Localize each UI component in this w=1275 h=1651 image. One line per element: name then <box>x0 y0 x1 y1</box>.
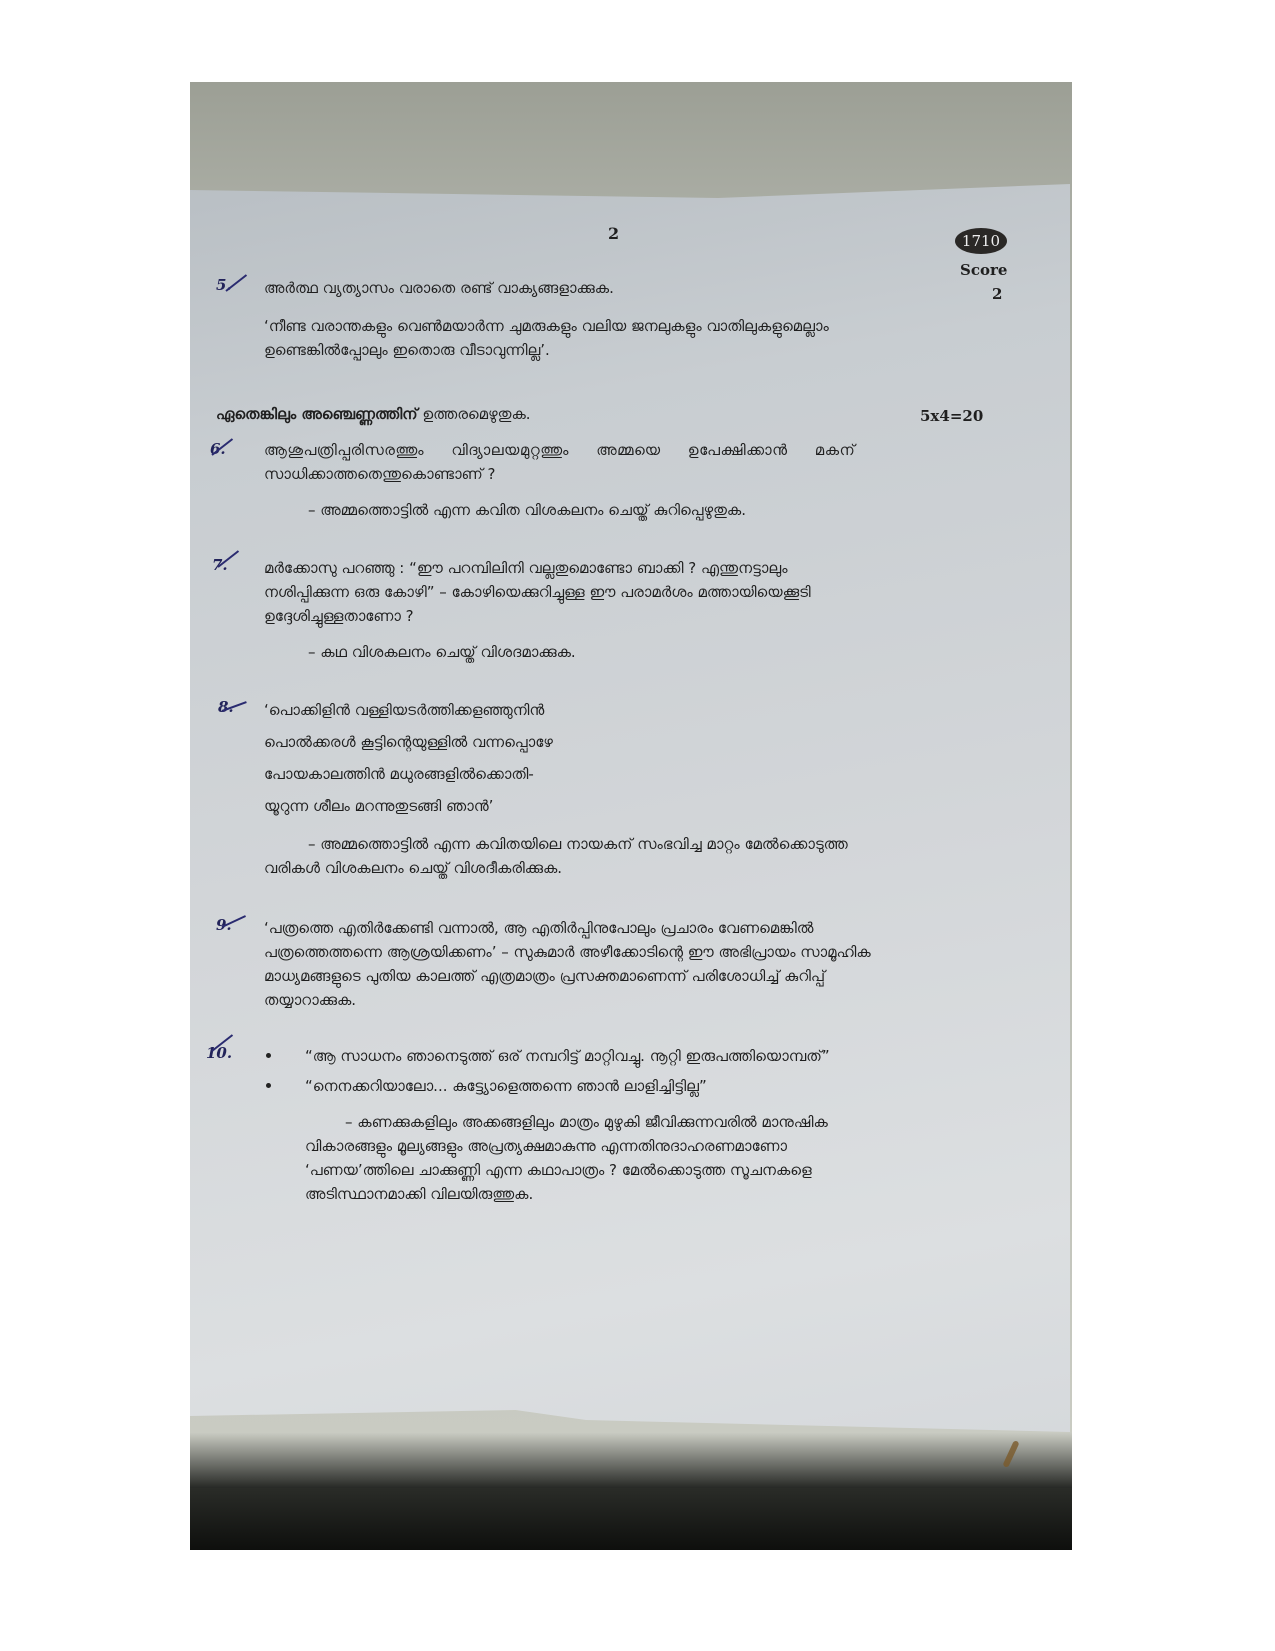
q10-quote-1: “ആ സാധനം ഞാനെടുത്ത് ഒര് നമ്പറിട്ട് മാറ്റ… <box>305 1046 830 1066</box>
bullet-icon <box>266 1083 271 1088</box>
q7-line-2: നശിപ്പിക്കുന്ന ഒരു കോഴി” – കോഴിയെക്കുറിച… <box>264 582 811 602</box>
q10-task-line-4: അടിസ്ഥാനമാക്കി വിലയിരുത്തുക. <box>305 1184 533 1204</box>
page-number: 2 <box>608 224 619 244</box>
q6-task: – അമ്മത്തൊട്ടിൽ എന്ന കവിത വിശകലനം ചെയ്ത്… <box>308 500 746 520</box>
q5-quote-line-1: ‘നീണ്ട വരാന്തകളും വെൺമയാർന്ന ചുമരുകളും വ… <box>264 316 829 336</box>
q7-task: – കഥ വിശകലനം ചെയ്ത് വിശദമാക്കുക. <box>308 642 576 662</box>
q8-poem-line-1: ‘പൊക്കിളിൻ വള്ളിയടർത്തിക്കളഞ്ഞുനിൻ <box>264 700 544 720</box>
question-number-5: 5. <box>216 276 232 294</box>
desk-edge <box>190 1488 1072 1550</box>
q7-line-1: മർക്കോസു പറഞ്ഞു : “ഈ പറമ്പിലിനി വല്ലതുമൊ… <box>264 558 788 578</box>
photographed-document <box>190 82 1072 1550</box>
q9-line-2: പത്രത്തെത്തന്നെ ആശ്രയിക്കണം’ – സുകുമാർ അ… <box>264 942 871 962</box>
q8-poem-line-4: യൂറുന്ന ശീലം മറന്നുതുടങ്ങി ഞാൻ’ <box>264 796 493 816</box>
q8-task-line-1: – അമ്മത്തൊട്ടിൽ എന്ന കവിതയിലെ നായകന് സംഭ… <box>308 834 848 854</box>
q8-poem-line-3: പോയകാലത്തിൻ മധുരങ്ങളിൽക്കൊതി- <box>264 764 534 784</box>
q7-line-3: ഉദ്ദേശിച്ചുള്ളതാണോ ? <box>264 606 414 626</box>
section-heading-bold: ഏതെങ്കിലും അഞ്ചെണ്ണത്തിന് <box>216 405 418 423</box>
section-heading: ഏതെങ്കിലും അഞ്ചെണ്ണത്തിന് ഉത്തരമെഴുതുക. <box>216 404 531 424</box>
q9-line-3: മാധ്യമങ്ങളുടെ പുതിയ കാലത്ത് എത്രമാത്രം പ… <box>264 966 825 986</box>
q8-task-line-2: വരികൾ വിശകലനം ചെയ്ത് വിശദീകരിക്കുക. <box>264 858 562 878</box>
q5-quote-line-2: ഉണ്ടെങ്കിൽപ്പോലും ഇതൊരു വീടാവുന്നില്ല’. <box>264 340 550 360</box>
q10-task-line-3: ‘പണയ’ത്തിലെ ചാക്കുണ്ണി എന്ന കഥാപാത്രം ? … <box>305 1160 812 1180</box>
section-heading-rest: ഉത്തരമെഴുതുക. <box>418 405 531 423</box>
section-marks: 5x4=20 <box>920 406 983 426</box>
q10-quote-2: “നെനക്കറിയാലോ... കുട്ട്യോളെത്തന്നെ ഞാൻ ല… <box>305 1076 707 1096</box>
q10-task-line-1: – കണക്കുകളിലും അക്കങ്ങളിലും മാത്രം മുഴുക… <box>345 1112 828 1132</box>
q10-task-line-2: വികാരങ്ങളും മൂല്യങ്ങളും അപ്രത്യക്ഷമാകുന്… <box>305 1136 787 1156</box>
q5-instruction: അർത്ഥ വ്യത്യാസം വരാതെ രണ്ട് വാക്യങ്ങളാക്… <box>264 278 614 298</box>
q8-poem-line-2: പൊൽക്കരൾ കൂട്ടിന്റെയുള്ളിൽ വന്നപ്പൊഴേ <box>264 732 553 752</box>
q9-line-4: തയ്യാറാക്കുക. <box>264 990 356 1010</box>
q6-line-2: സാധിക്കാത്തതെന്തുകൊണ്ടാണ് ? <box>264 464 496 484</box>
q9-line-1: ‘പത്രത്തെ എതിർക്കേണ്ടി വന്നാൽ, ആ എതിർപ്പ… <box>264 918 813 938</box>
stain-mark <box>1002 1440 1019 1468</box>
q5-score: 2 <box>992 284 1002 304</box>
bullet-icon <box>266 1053 271 1058</box>
paper-code-badge: 1710 <box>955 228 1007 254</box>
q6-line-1: ആശുപത്രിപ്പരിസരത്തും വിദ്യാലയമുറ്റത്തും … <box>264 440 855 460</box>
score-header: Score <box>960 260 1007 280</box>
